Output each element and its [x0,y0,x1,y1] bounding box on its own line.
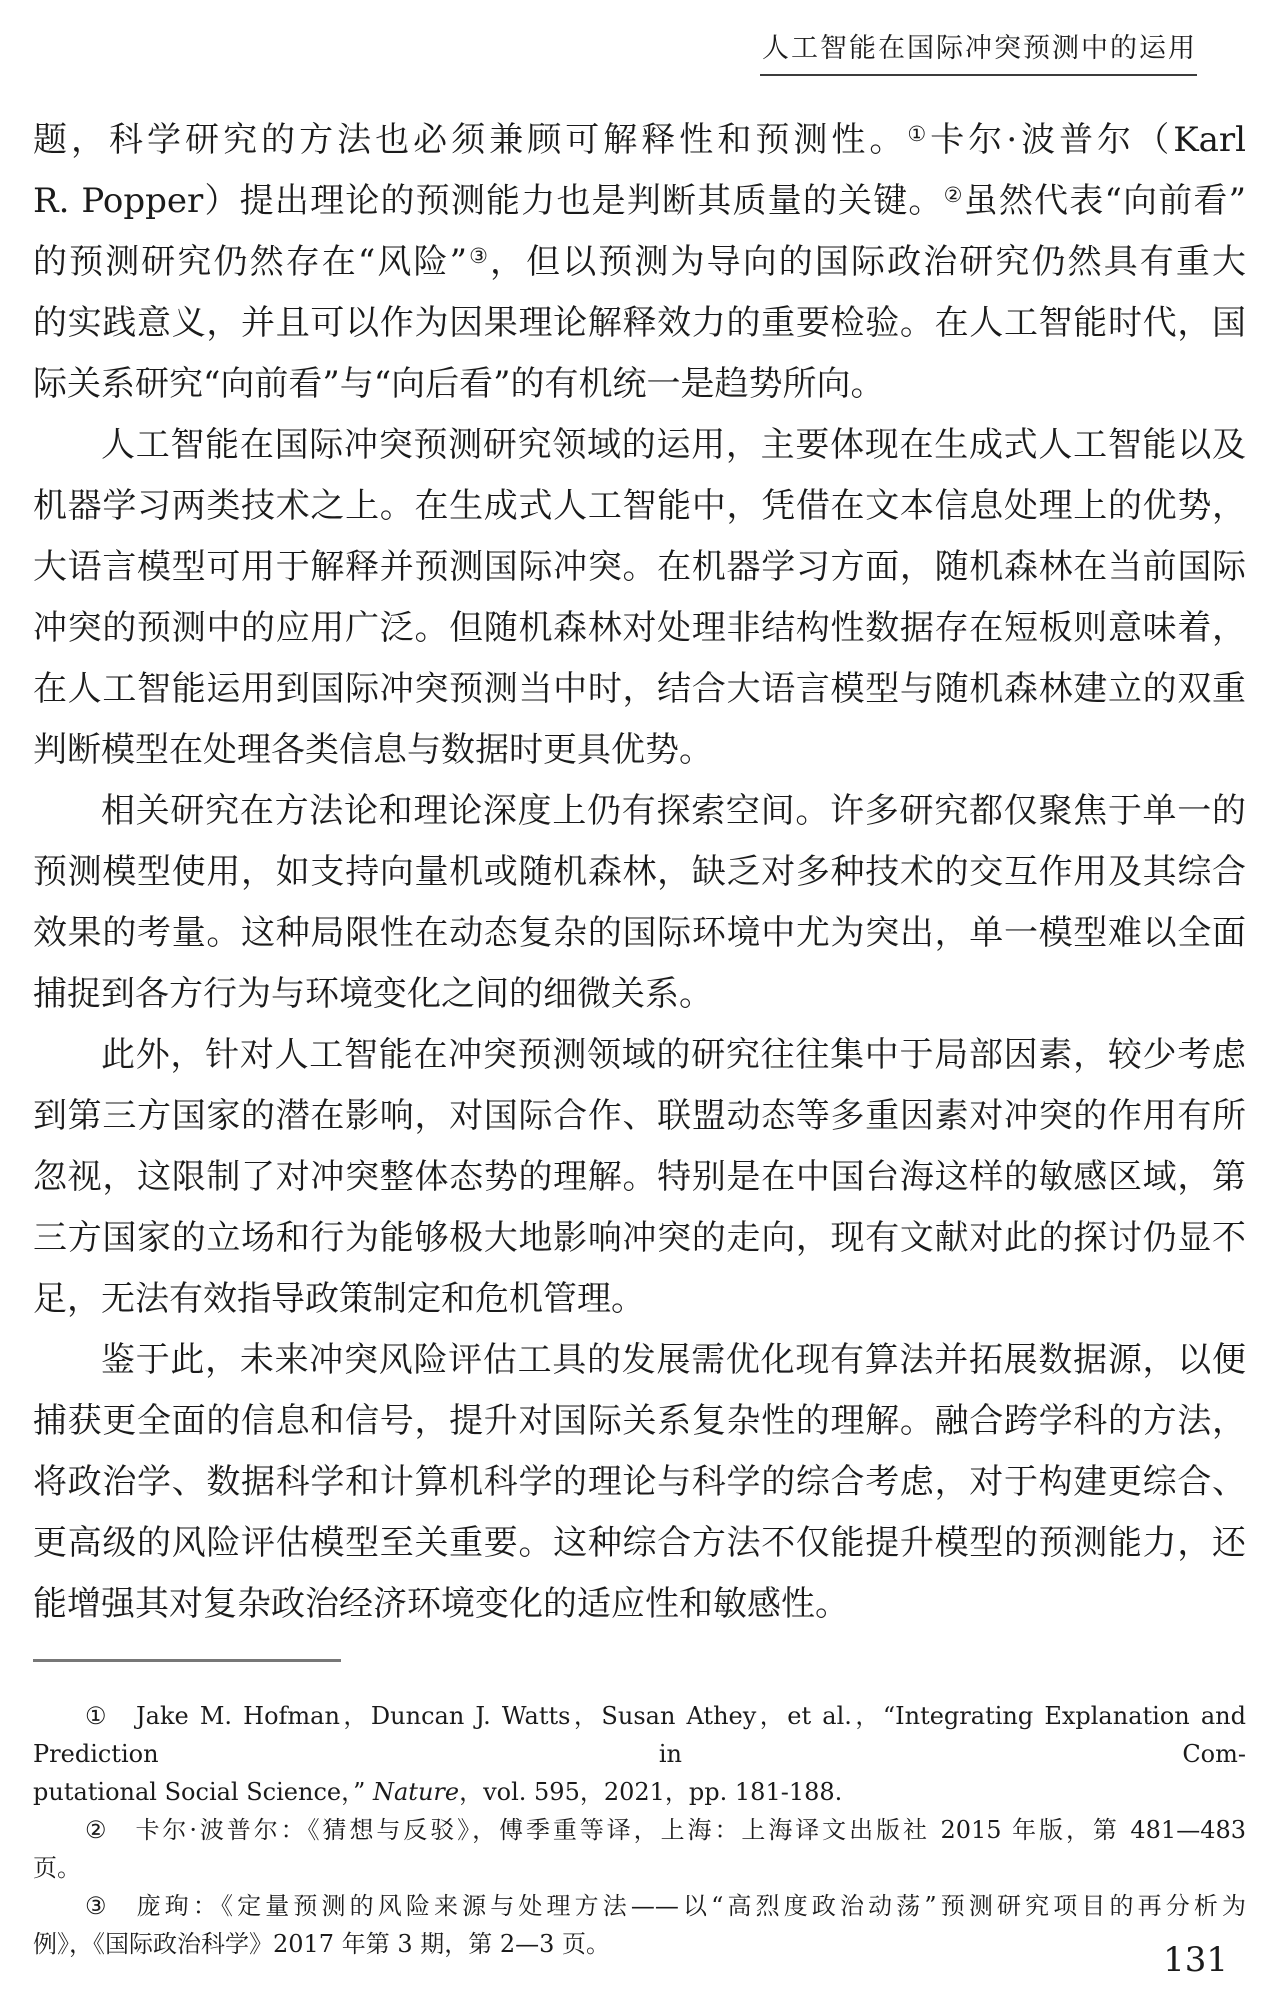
paragraph: 人工智能在国际冲突预测研究领域的运用，主要体现在生成式人工智能以及机器学习两类技… [33,415,1246,781]
body-line: 鉴于此，未来冲突风险评估工具的发展需优化现有算法并拓展数据源，以便 [33,1330,1246,1391]
page-number: 131 [1163,1940,1228,1980]
paragraph: 题，科学研究的方法也必须兼顾可解释性和预测性。①卡尔·波普尔（KarlR. Po… [33,110,1246,415]
body-line: 捕获更全面的信息和信号，提升对国际关系复杂性的理解。融合跨学科的方法， [33,1391,1246,1452]
footnote-ref: ② [944,183,964,207]
footnote-marker: ③ [85,1892,111,1920]
body-line: 相关研究在方法论和理论深度上仍有探索空间。许多研究都仅聚焦于单一的 [33,781,1246,842]
footnote-item: ②卡尔·波普尔：《猜想与反驳》，傅季重等译，上海：上海译文出版社 2015 年版… [33,1811,1246,1887]
body-line: R. Popper）提出理论的预测能力也是判断其质量的关键。②虽然代表“向前看” [33,171,1246,232]
footnote-line: putational Social Science，” Nature，vol. … [33,1773,1246,1811]
running-head-title: 人工智能在国际冲突预测中的运用 [760,26,1197,76]
body-line: 题，科学研究的方法也必须兼顾可解释性和预测性。①卡尔·波普尔（Karl [33,110,1246,171]
body-line: 预测模型使用，如支持向量机或随机森林，缺乏对多种技术的交互作用及其综合 [33,842,1246,903]
footnote-ref: ① [907,122,930,146]
body-line: 忽视，这限制了对冲突整体态势的理解。特别是在中国台海这样的敏感区域，第 [33,1147,1246,1208]
footnote-ref: ③ [467,244,490,268]
footnote-line: ②卡尔·波普尔：《猜想与反驳》，傅季重等译，上海：上海译文出版社 2015 年版… [33,1811,1246,1849]
footnote-line: 页。 [33,1849,1246,1887]
paragraph: 相关研究在方法论和理论深度上仍有探索空间。许多研究都仅聚焦于单一的预测模型使用，… [33,781,1246,1025]
body-line: 到第三方国家的潜在影响，对国际合作、联盟动态等多重因素对冲突的作用有所 [33,1086,1246,1147]
body-line: 在人工智能运用到国际冲突预测当中时，结合大语言模型与随机森林建立的双重 [33,659,1246,720]
body-line: 足，无法有效指导政策制定和危机管理。 [33,1269,1246,1330]
body-line: 大语言模型可用于解释并预测国际冲突。在机器学习方面，随机森林在当前国际 [33,537,1246,598]
body-text: 题，科学研究的方法也必须兼顾可解释性和预测性。①卡尔·波普尔（KarlR. Po… [33,110,1246,1635]
footnotes: ①Jake M. Hofman，Duncan J. Watts，Susan At… [33,1697,1246,1963]
journal-name: Nature [373,1778,459,1806]
footnote-line: ①Jake M. Hofman，Duncan J. Watts，Susan At… [33,1697,1246,1773]
footnote-item: ③庞珣：《定量预测的风险来源与处理方法——以“高烈度政治动荡”预测研究项目的再分… [33,1887,1246,1963]
body-line: 能增强其对复杂政治经济环境变化的适应性和敏感性。 [33,1574,1246,1635]
body-line: 捕捉到各方行为与环境变化之间的细微关系。 [33,964,1246,1025]
body-line: 将政治学、数据科学和计算机科学的理论与科学的综合考虑，对于构建更综合、 [33,1452,1246,1513]
footnote-marker: ② [85,1816,109,1844]
body-line: 三方国家的立场和行为能够极大地影响冲突的走向，现有文献对此的探讨仍显不 [33,1208,1246,1269]
footnote-marker: ① [85,1702,110,1730]
paragraph: 此外，针对人工智能在冲突预测领域的研究往往集中于局部因素，较少考虑到第三方国家的… [33,1025,1246,1330]
body-line: 际关系研究“向前看”与“向后看”的有机统一是趋势所向。 [33,354,1246,415]
footnote-line: 例》，《国际政治科学》2017 年第 3 期，第 2—3 页。 [33,1925,1246,1963]
body-line: 效果的考量。这种局限性在动态复杂的国际环境中尤为突出，单一模型难以全面 [33,903,1246,964]
paragraph: 鉴于此，未来冲突风险评估工具的发展需优化现有算法并拓展数据源，以便捕获更全面的信… [33,1330,1246,1635]
body-line: 人工智能在国际冲突预测研究领域的运用，主要体现在生成式人工智能以及 [33,415,1246,476]
footnote-separator [33,1659,341,1662]
body-line: 机器学习两类技术之上。在生成式人工智能中，凭借在文本信息处理上的优势， [33,476,1246,537]
body-line: 此外，针对人工智能在冲突预测领域的研究往往集中于局部因素，较少考虑 [33,1025,1246,1086]
footnote-line: ③庞珣：《定量预测的风险来源与处理方法——以“高烈度政治动荡”预测研究项目的再分… [33,1887,1246,1925]
document-page: 人工智能在国际冲突预测中的运用 题，科学研究的方法也必须兼顾可解释性和预测性。①… [0,0,1280,2013]
body-line: 更高级的风险评估模型至关重要。这种综合方法不仅能提升模型的预测能力，还 [33,1513,1246,1574]
body-line: 的实践意义，并且可以作为因果理论解释效力的重要检验。在人工智能时代，国 [33,293,1246,354]
body-line: 冲突的预测中的应用广泛。但随机森林对处理非结构性数据存在短板则意味着， [33,598,1246,659]
body-line: 的预测研究仍然存在“风险”③，但以预测为导向的国际政治研究仍然具有重大 [33,232,1246,293]
footnote-item: ①Jake M. Hofman，Duncan J. Watts，Susan At… [33,1697,1246,1811]
body-line: 判断模型在处理各类信息与数据时更具优势。 [33,720,1246,781]
